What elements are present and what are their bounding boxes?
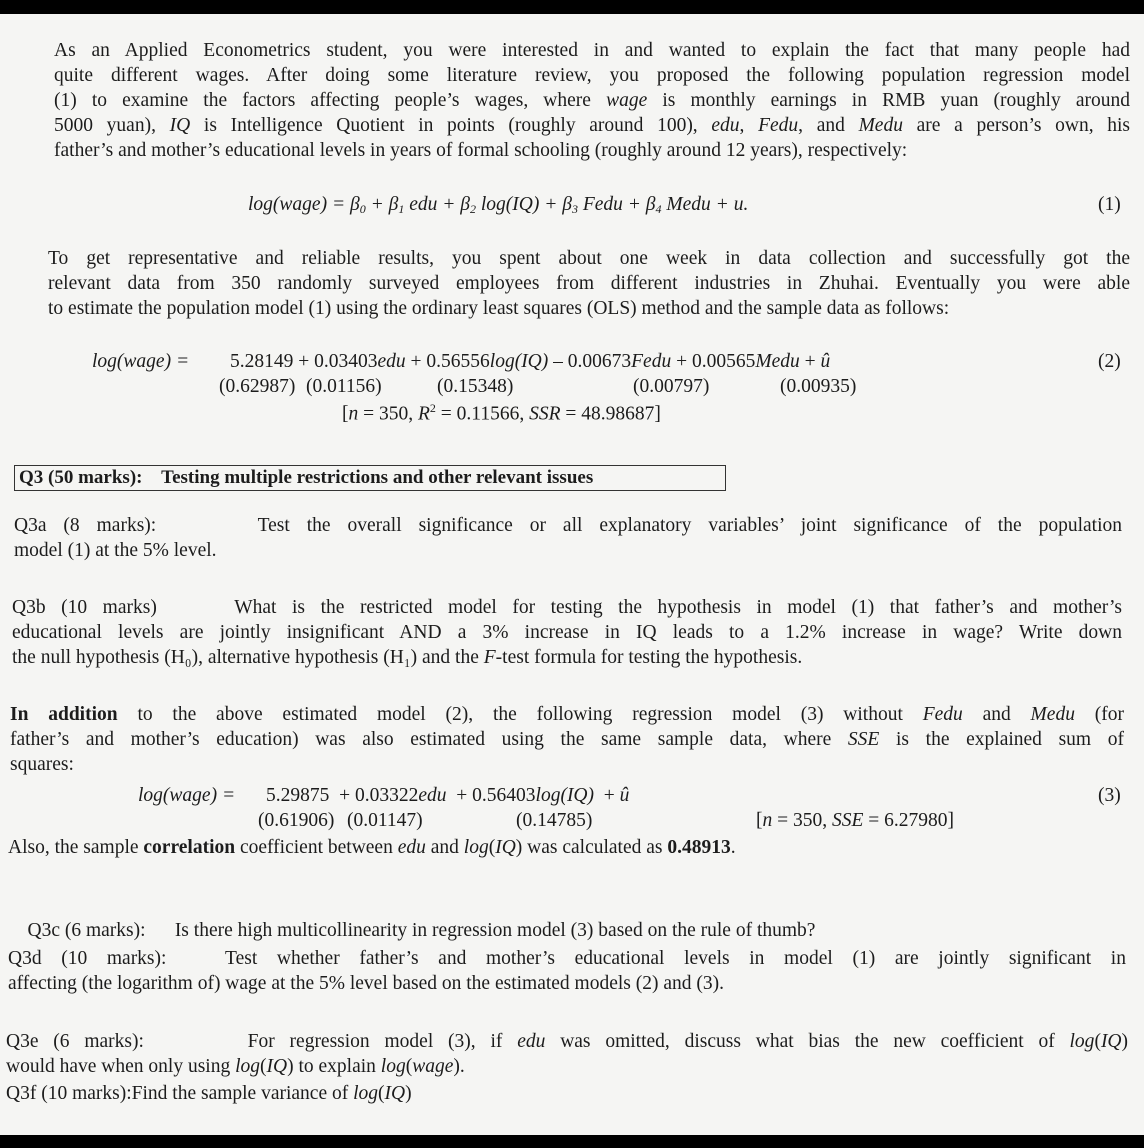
q3e: Q3e (6 marks): For regression model (3),… — [6, 1029, 1128, 1079]
q3a-text-1: Test the overall significance or all exp… — [258, 515, 1122, 536]
q3b-line-1: Q3b (10 marks) What is the restricted mo… — [12, 595, 1122, 620]
model2-stats: [n = 350, R2 = 0.11566, SSR = 48.98687] — [342, 401, 661, 426]
model2-equation: log(wage) = — [92, 351, 189, 373]
model1-label: (1) — [1098, 194, 1121, 216]
q3c-text: Is there high multicollinearity in regre… — [175, 920, 816, 941]
model3-lhs: log(wage) = — [138, 785, 235, 807]
data-line-1: To get representative and reliable resul… — [48, 246, 1130, 271]
model3-se-3: (0.14785) — [516, 810, 592, 832]
q3d-line-2: affecting (the logarithm of) wage at the… — [8, 971, 1126, 996]
q3a-line-1: Q3a (8 marks): Test the overall signific… — [14, 513, 1122, 538]
model3-label: (3) — [1098, 785, 1121, 807]
intro-line-1: As an Applied Econometrics student, you … — [54, 38, 1130, 63]
q3e-line-1: Q3e (6 marks): For regression model (3),… — [6, 1029, 1128, 1054]
q3f: Q3f (10 marks):Find the sample variance … — [6, 1081, 412, 1106]
intro-line-4: 5000 yuan), IQ is Intelligence Quotient … — [54, 113, 1130, 138]
model2-label: (2) — [1098, 351, 1121, 373]
addition-line-1: In addition to the above estimated model… — [10, 702, 1124, 727]
q3a-line-2: model (1) at the 5% level. — [14, 538, 1122, 563]
q3d-text-1: Test whether father’s and mother’s educa… — [225, 948, 1126, 969]
q3e-label: Q3e (6 marks): — [6, 1031, 144, 1052]
q3b-label: Q3b (10 marks) — [12, 597, 157, 618]
intro-line-2: quite different wages. After doing some … — [54, 63, 1130, 88]
q3d: Q3d (10 marks): Test whether father’s an… — [8, 946, 1126, 996]
model3-rhs: 5.29875 + 0.03322edu + 0.56403log(IQ) + … — [266, 785, 629, 807]
model3-se-1: (0.61906) — [258, 810, 334, 832]
model2-lhs: log(wage) = — [92, 351, 189, 372]
q3a-label: Q3a (8 marks): — [14, 515, 156, 536]
model2-se-5: (0.00935) — [780, 376, 856, 398]
model2-se-1: (0.62987) — [219, 376, 295, 398]
model2-se-2: (0.01156) — [306, 376, 382, 398]
data-paragraph: To get representative and reliable resul… — [48, 246, 1130, 321]
q3b-text-1: What is the restricted model for testing… — [234, 597, 1122, 618]
q3d-label: Q3d (10 marks): — [8, 948, 166, 969]
q3d-line-1: Q3d (10 marks): Test whether father’s an… — [8, 946, 1126, 971]
model3-stats: [n = 350, SSE = 6.27980] — [756, 810, 954, 832]
data-line-2: relevant data from 350 randomly surveyed… — [48, 271, 1130, 296]
correlation-sentence: Also, the sample correlation coefficient… — [8, 835, 736, 860]
q3f-label: Q3f (10 marks): — [6, 1083, 132, 1104]
q3f-text: Find the sample variance of log(IQ) — [132, 1083, 412, 1104]
section-header: Q3 (50 marks): Testing multiple restrict… — [14, 465, 726, 491]
q3b-line-2: educational levels are jointly insignifi… — [12, 620, 1122, 645]
q3c-label: Q3c (6 marks): — [28, 920, 146, 941]
intro-line-5: father’s and mother’s educational levels… — [54, 138, 1130, 163]
model1-equation: log(wage) = β0 + β1 edu + β2 log(IQ) + β… — [248, 194, 748, 217]
q3b-line-3: the null hypothesis (H₀), alternative hy… — [12, 645, 1122, 670]
model3-se-2: (0.01147) — [347, 810, 423, 832]
intro-line-3: (1) to examine the factors affecting peo… — [54, 88, 1130, 113]
model2-rhs: 5.28149 + 0.03403edu + 0.56556log(IQ) – … — [230, 351, 830, 373]
addition-paragraph: In addition to the above estimated model… — [10, 702, 1124, 777]
q3e-line-2: would have when only using log(IQ) to ex… — [6, 1054, 1128, 1079]
q3a: Q3a (8 marks): Test the overall signific… — [14, 513, 1122, 563]
q3b: Q3b (10 marks) What is the restricted mo… — [12, 595, 1122, 670]
addition-line-3: squares: — [10, 752, 1124, 777]
addition-line-2: father’s and mother’s education) was als… — [10, 727, 1124, 752]
data-line-3: to estimate the population model (1) usi… — [48, 296, 1130, 321]
model2-se-4: (0.00797) — [633, 376, 709, 398]
q3e-text-1: For regression model (3), if edu was omi… — [248, 1031, 1128, 1052]
exam-page: As an Applied Econometrics student, you … — [0, 14, 1144, 1135]
intro-paragraph: As an Applied Econometrics student, you … — [54, 38, 1130, 163]
model2-se-3: (0.15348) — [437, 376, 513, 398]
